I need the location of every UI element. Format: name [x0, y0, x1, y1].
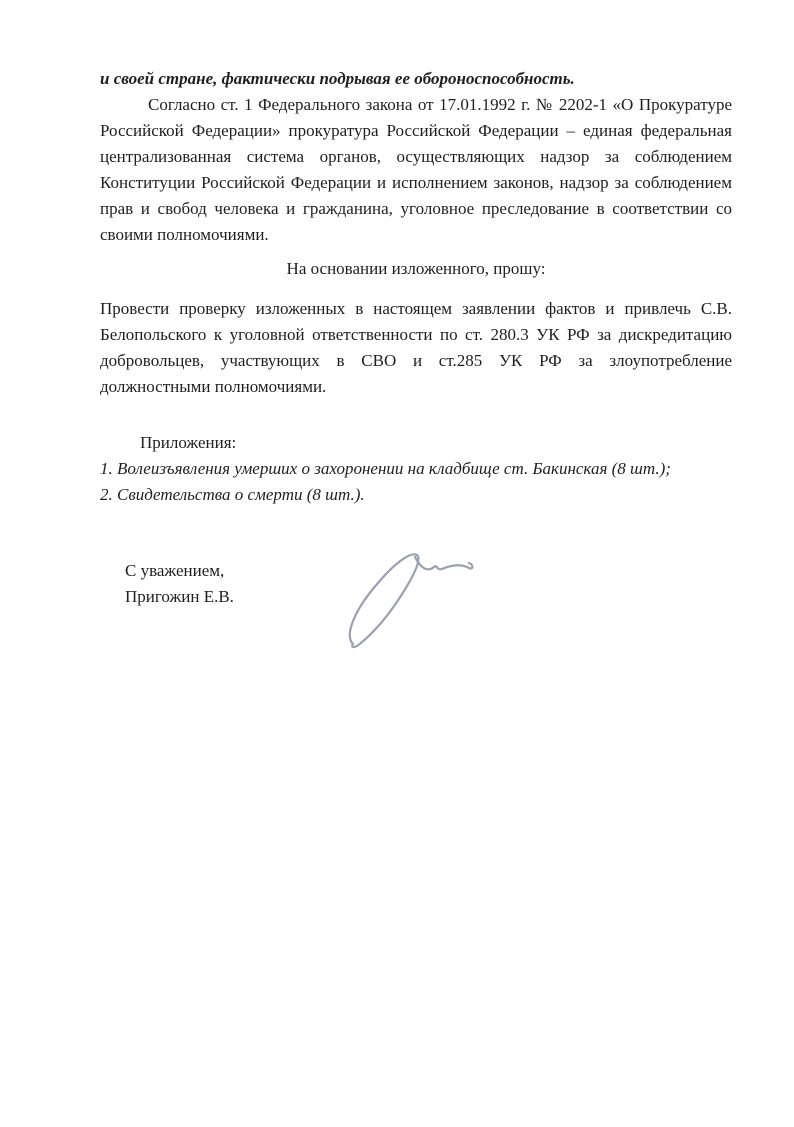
attachment-item-1: 1. Волеизъявления умерших о захоронении … — [100, 456, 732, 482]
attachment-item-2: 2. Свидетельства о смерти (8 шт.). — [100, 482, 732, 508]
handwritten-signature-image — [336, 542, 481, 652]
attachments-heading: Приложения: — [100, 430, 732, 456]
document-page: и своей стране, фактически подрывая ее о… — [0, 0, 794, 1127]
intro-line: и своей стране, фактически подрывая ее о… — [100, 66, 732, 92]
signature-stroke-main — [350, 554, 419, 647]
law-paragraph: Согласно ст. 1 Федерального закона от 17… — [100, 92, 732, 248]
signature-stroke-tail — [415, 557, 472, 569]
request-heading: На основании изложенного, прошу: — [100, 256, 732, 282]
request-paragraph: Провести проверку изложенных в настоящем… — [100, 296, 732, 400]
